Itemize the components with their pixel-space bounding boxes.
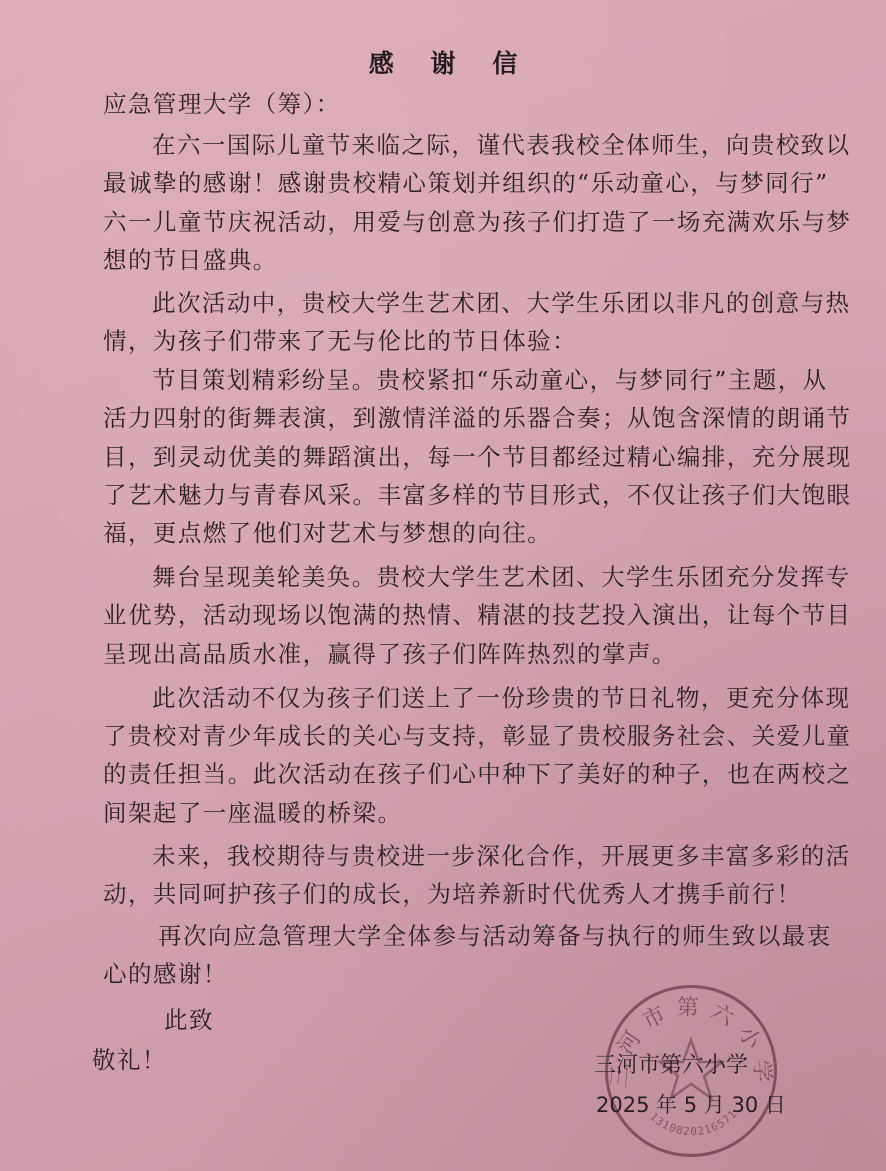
- letter-title: 感 谢 信: [0, 44, 886, 80]
- paragraph-line: 福，更点燃了他们对艺术与梦想的向往。: [103, 519, 552, 547]
- salutation: 应急管理大学（筹）：: [103, 90, 341, 118]
- paragraph-line: 业优势，活动现场以饱满的热情、精湛的技艺投入演出，让每个节目: [103, 601, 852, 629]
- paragraph-line: 未来，我校期待与贵校进一步深化合作，开展更多丰富多彩的活: [152, 842, 851, 870]
- paragraph-line: 此次活动中，贵校大学生艺术团、大学生乐团以非凡的创意与热: [152, 289, 851, 317]
- signature-date: 2025 年 5 月 30 日: [596, 1089, 786, 1119]
- paragraph-line: 想的节日盛典。: [103, 246, 278, 274]
- paragraph-line: 舞台呈现美轮美奂。贵校大学生艺术团、大学生乐团充分发挥专: [152, 563, 851, 591]
- paragraph-line: 心的感谢！: [103, 960, 228, 988]
- paragraph-line: 动，共同呵护孩子们的成长，为培养新时代优秀人才携手前行！: [103, 880, 802, 908]
- signature-school-name: 三河市第六小学: [594, 1048, 748, 1079]
- paragraph-line: 六一儿童节庆祝活动，用爱与创意为孩子们打造了一场充满欢乐与梦: [103, 208, 852, 236]
- paragraph-line: 此次活动不仅为孩子们送上了一份珍贵的节日礼物，更充分体现: [152, 684, 851, 712]
- paragraph-line: 了艺术魅力与青春风采。丰富多样的节目形式，不仅让孩子们大饱眼: [103, 481, 852, 509]
- paragraph-line: 目，到灵动优美的舞蹈演出，每一个节目都经过精心编排，充分展现: [103, 443, 852, 471]
- paragraph-line: 再次向应急管理大学全体参与活动筹备与执行的师生致以最衷: [158, 922, 832, 950]
- paragraph-line: 节目策划精彩纷呈。贵校紧扣“乐动童心，与梦同行”主题，从: [152, 366, 828, 394]
- paragraph-line: 在六一国际儿童节来临之际，谨代表我校全体师生，向贵校致以: [152, 131, 851, 159]
- paragraph-line: 的责任担当。此次活动在孩子们心中种下了美好的种子，也在两校之: [103, 760, 852, 788]
- paragraph-line: 情，为孩子们带来了无与伦比的节日体验：: [103, 327, 577, 355]
- paragraph-line: 呈现出高品质水准，赢得了孩子们阵阵热烈的掌声。: [103, 640, 677, 668]
- paragraph-line: 活力四射的街舞表演，到激情洋溢的乐器合奏；从饱含深情的朗诵节: [103, 404, 852, 432]
- closing-jing-li: 敬礼！: [92, 1046, 167, 1074]
- paragraph-line: 间架起了一座温暖的桥梁。: [103, 799, 402, 827]
- paragraph-line: 了贵校对青少年成长的关心与支持，彰显了贵校服务社会、关爱儿童: [103, 722, 852, 750]
- closing-ci-zhi: 此致: [164, 1006, 214, 1034]
- paragraph-line: 最诚挚的感谢！感谢贵校精心策划并组织的“乐动童心，与梦同行”: [103, 169, 829, 197]
